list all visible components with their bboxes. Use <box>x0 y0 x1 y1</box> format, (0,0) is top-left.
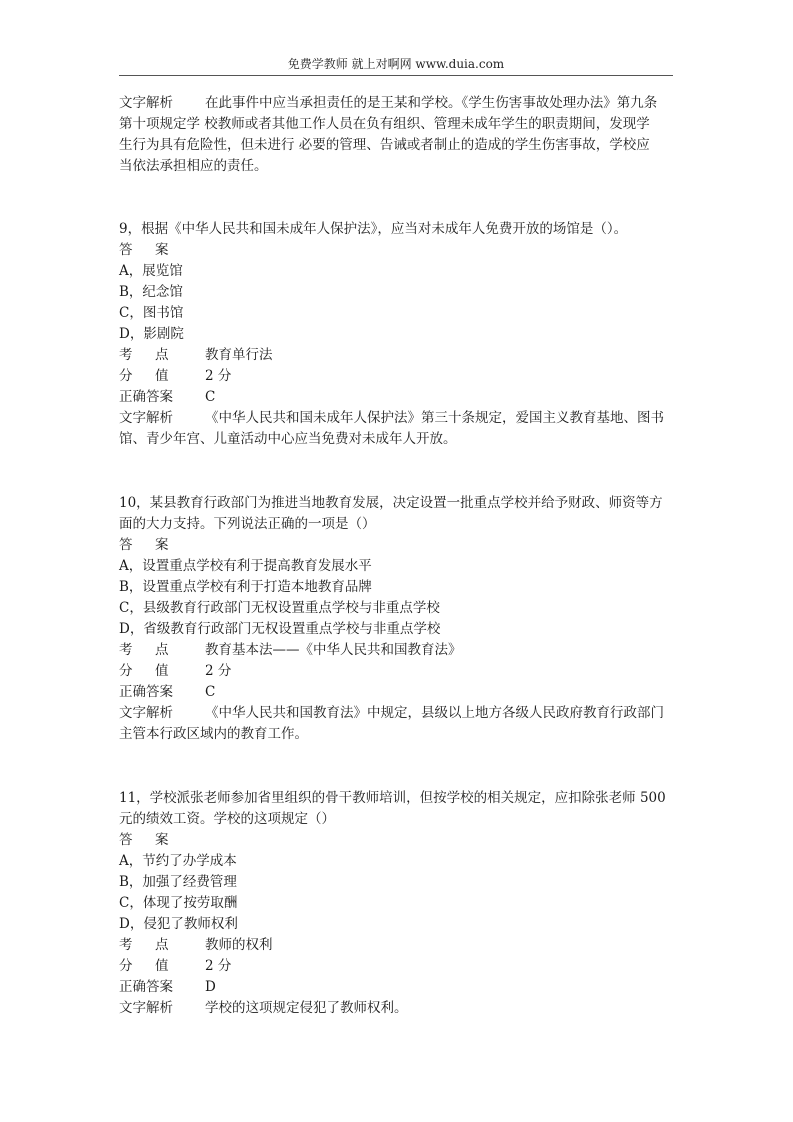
score-row: 分值2 分 <box>119 661 679 682</box>
option-a: A，节约了办学成本 <box>119 851 679 872</box>
analysis-text-line: 主管本行政区域内的教育工作。 <box>119 724 679 745</box>
option-d: D，省级教育行政部门无权设置重点学校与非重点学校 <box>119 619 679 640</box>
correct-answer-row: 正确答案D <box>119 977 679 998</box>
option-b: B，加强了经费管理 <box>119 872 679 893</box>
option-a: A，展览馆 <box>119 261 679 282</box>
question-stem: 元的绩效工资。学校的这项规定（） <box>119 809 679 830</box>
correct-answer-value: D <box>205 979 216 995</box>
header-divider <box>119 75 673 76</box>
score-row: 分值2 分 <box>119 956 679 977</box>
analysis-text-line: 第十项规定学 校教师或者其他工作人员在负有组织、管理未成年学生的职责期间，发现学 <box>119 114 679 135</box>
option-d: D，侵犯了教师权利 <box>119 914 679 935</box>
exam-point-row: 考点教育基本法——《中华人民共和国教育法》 <box>119 640 679 661</box>
analysis-text: 学校的这项规定侵犯了教师权利。 <box>205 1000 408 1016</box>
analysis-row: 文字解析《中华人民共和国教育法》中规定，县级以上地方各级人民政府教育行政部门 <box>119 703 679 724</box>
option-a: A，设置重点学校有利于提高教育发展水平 <box>119 556 679 577</box>
exam-point-row: 考点教育单行法 <box>119 345 679 366</box>
analysis-text-line: 生行为具有危险性，但未进行 必要的管理、告诫或者制止的造成的学生伤害事故，学校应 <box>119 135 679 156</box>
analysis-text-line: 当依法承担相应的责任。 <box>119 156 679 177</box>
option-c: C，县级教育行政部门无权设置重点学校与非重点学校 <box>119 598 679 619</box>
exam-point-row: 考点教师的权利 <box>119 935 679 956</box>
exam-point-value: 教育单行法 <box>205 347 273 363</box>
question-stem: 11，学校派张老师参加省里组织的骨干教师培训，但按学校的相关规定，应扣除张老师 … <box>119 788 679 809</box>
exam-point-value: 教师的权利 <box>205 937 273 953</box>
question-stem: 10，某县教育行政部门为推进当地教育发展，决定设置一批重点学校并给予财政、师资等… <box>119 493 679 514</box>
analysis-text-line: 馆、青少年宫、儿童活动中心应当免费对未成年人开放。 <box>119 429 679 450</box>
option-c: C，体现了按劳取酬 <box>119 893 679 914</box>
option-d: D，影剧院 <box>119 324 679 345</box>
score-value: 2 分 <box>205 663 231 679</box>
score-value: 2 分 <box>205 368 231 384</box>
answer-heading: 答案 <box>119 535 679 556</box>
analysis-text: 《中华人民共和国教育法》中规定，县级以上地方各级人民政府教育行政部门 <box>205 705 664 721</box>
analysis-label: 文字解析 <box>119 93 205 114</box>
option-c: C，图书馆 <box>119 303 679 324</box>
question-stem: 面的大力支持。下列说法正确的一项是（） <box>119 514 679 535</box>
question-stem: 9，根据《中华人民共和国未成年人保护法》，应当对未成年人免费开放的场馆是（）。 <box>119 219 679 240</box>
analysis-text: 在此事件中应当承担责任的是王某和学校。《学生伤害事故处理办法》第九条 <box>205 95 657 111</box>
analysis-row: 文字解析学校的这项规定侵犯了教师权利。 <box>119 998 679 1019</box>
correct-answer-value: C <box>205 389 215 405</box>
score-value: 2 分 <box>205 958 231 974</box>
answer-heading: 答案 <box>119 830 679 851</box>
question-11: 11，学校派张老师参加省里组织的骨干教师培训，但按学校的相关规定，应扣除张老师 … <box>119 788 679 1019</box>
correct-answer-row: 正确答案C <box>119 682 679 703</box>
analysis-text: 《中华人民共和国未成年人保护法》第三十条规定，爱国主义教育基地、图书 <box>205 410 664 426</box>
option-b: B，设置重点学校有利于打造本地教育品牌 <box>119 577 679 598</box>
analysis-row: 文字解析《中华人民共和国未成年人保护法》第三十条规定，爱国主义教育基地、图书 <box>119 408 679 429</box>
correct-answer-value: C <box>205 684 215 700</box>
answer-heading: 答案 <box>119 240 679 261</box>
prev-analysis-block: 文字解析在此事件中应当承担责任的是王某和学校。《学生伤害事故处理办法》第九条 第… <box>119 93 679 177</box>
score-row: 分值2 分 <box>119 366 679 387</box>
document-body: 文字解析在此事件中应当承担责任的是王某和学校。《学生伤害事故处理办法》第九条 第… <box>119 93 679 1019</box>
exam-point-value: 教育基本法——《中华人民共和国教育法》 <box>205 642 462 658</box>
correct-answer-row: 正确答案C <box>119 387 679 408</box>
question-9: 9，根据《中华人民共和国未成年人保护法》，应当对未成年人免费开放的场馆是（）。 … <box>119 219 679 450</box>
question-10: 10，某县教育行政部门为推进当地教育发展，决定设置一批重点学校并给予财政、师资等… <box>119 493 679 745</box>
page-header: 免费学教师 就上对啊网 www.duia.com <box>119 56 673 72</box>
option-b: B，纪念馆 <box>119 282 679 303</box>
